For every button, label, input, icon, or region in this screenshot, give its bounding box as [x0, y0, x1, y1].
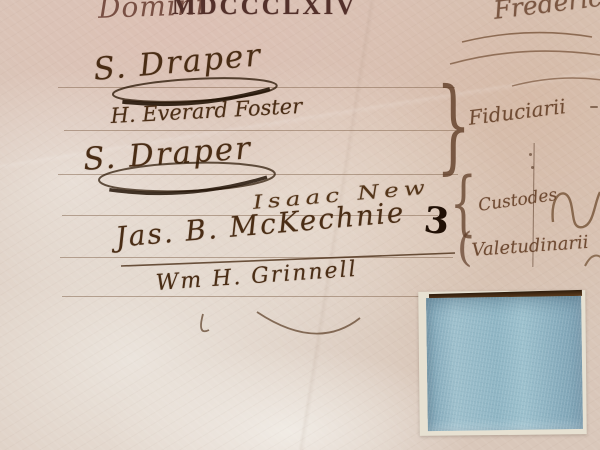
ink-mark-numeral: 3 — [422, 199, 451, 243]
ink-dot — [531, 166, 534, 169]
ink-dot — [529, 153, 532, 156]
role-label-custodes: Custodes — [477, 185, 558, 216]
ribbon-swatch — [426, 296, 583, 431]
margin-flourish-icon — [584, 248, 600, 270]
signature-tail-flourish-icon — [195, 308, 370, 353]
top-right-name: Fredericq — [492, 0, 600, 25]
grouping-brace-icon: ( — [457, 230, 473, 266]
ruled-line — [62, 296, 428, 297]
margin-flourish-icon — [548, 180, 600, 242]
manuscript-photo: Domini MDCCCLXIV Fredericq S. Draper H. … — [0, 0, 600, 450]
role-label-fiduciarii: Fiduciarii — [467, 94, 567, 130]
ink-dash — [590, 106, 598, 108]
header-roman-year: MDCCCLXIV — [172, 0, 357, 21]
grouping-brace-icon: } — [436, 80, 471, 172]
ruled-line — [64, 130, 456, 131]
